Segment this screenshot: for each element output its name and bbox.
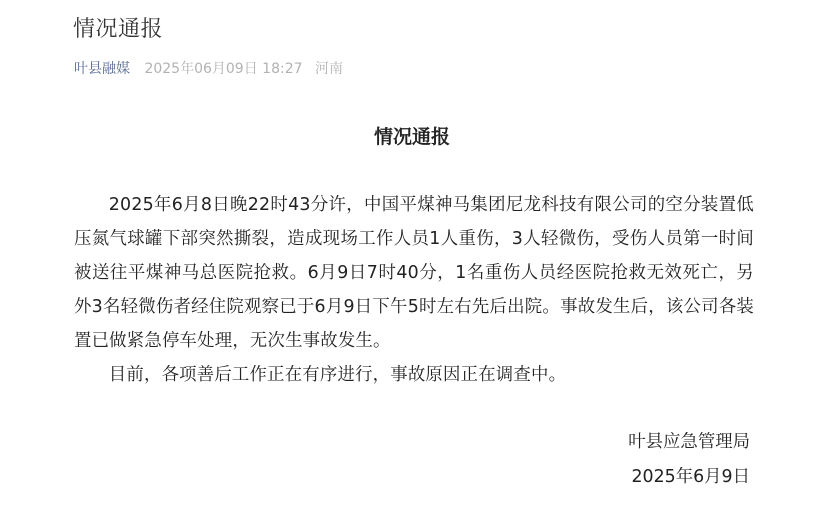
notice-paragraph: 目前，各项善后工作正在有序进行，事故原因正在调查中。: [74, 358, 754, 392]
notice-signature: 叶县应急管理局 2025年6月9日: [628, 425, 750, 495]
notice-heading: 情况通报: [0, 123, 824, 151]
notice-body: 2025年6月8日晚22时43分许，中国平煤神马集团尼龙科技有限公司的空分装置低…: [74, 188, 754, 392]
publish-datetime: 2025年06月09日 18:27: [144, 61, 302, 77]
source-link[interactable]: 叶县融媒: [74, 61, 130, 77]
signature-date: 2025年6月9日: [628, 460, 750, 495]
article-title: 情况通报: [73, 14, 163, 46]
article-meta: 叶县融媒 2025年06月09日 18:27 河南: [74, 59, 343, 79]
publish-location: 河南: [315, 61, 343, 77]
notice-paragraph: 2025年6月8日晚22时43分许，中国平煤神马集团尼龙科技有限公司的空分装置低…: [74, 188, 754, 358]
signature-organization: 叶县应急管理局: [628, 425, 750, 460]
